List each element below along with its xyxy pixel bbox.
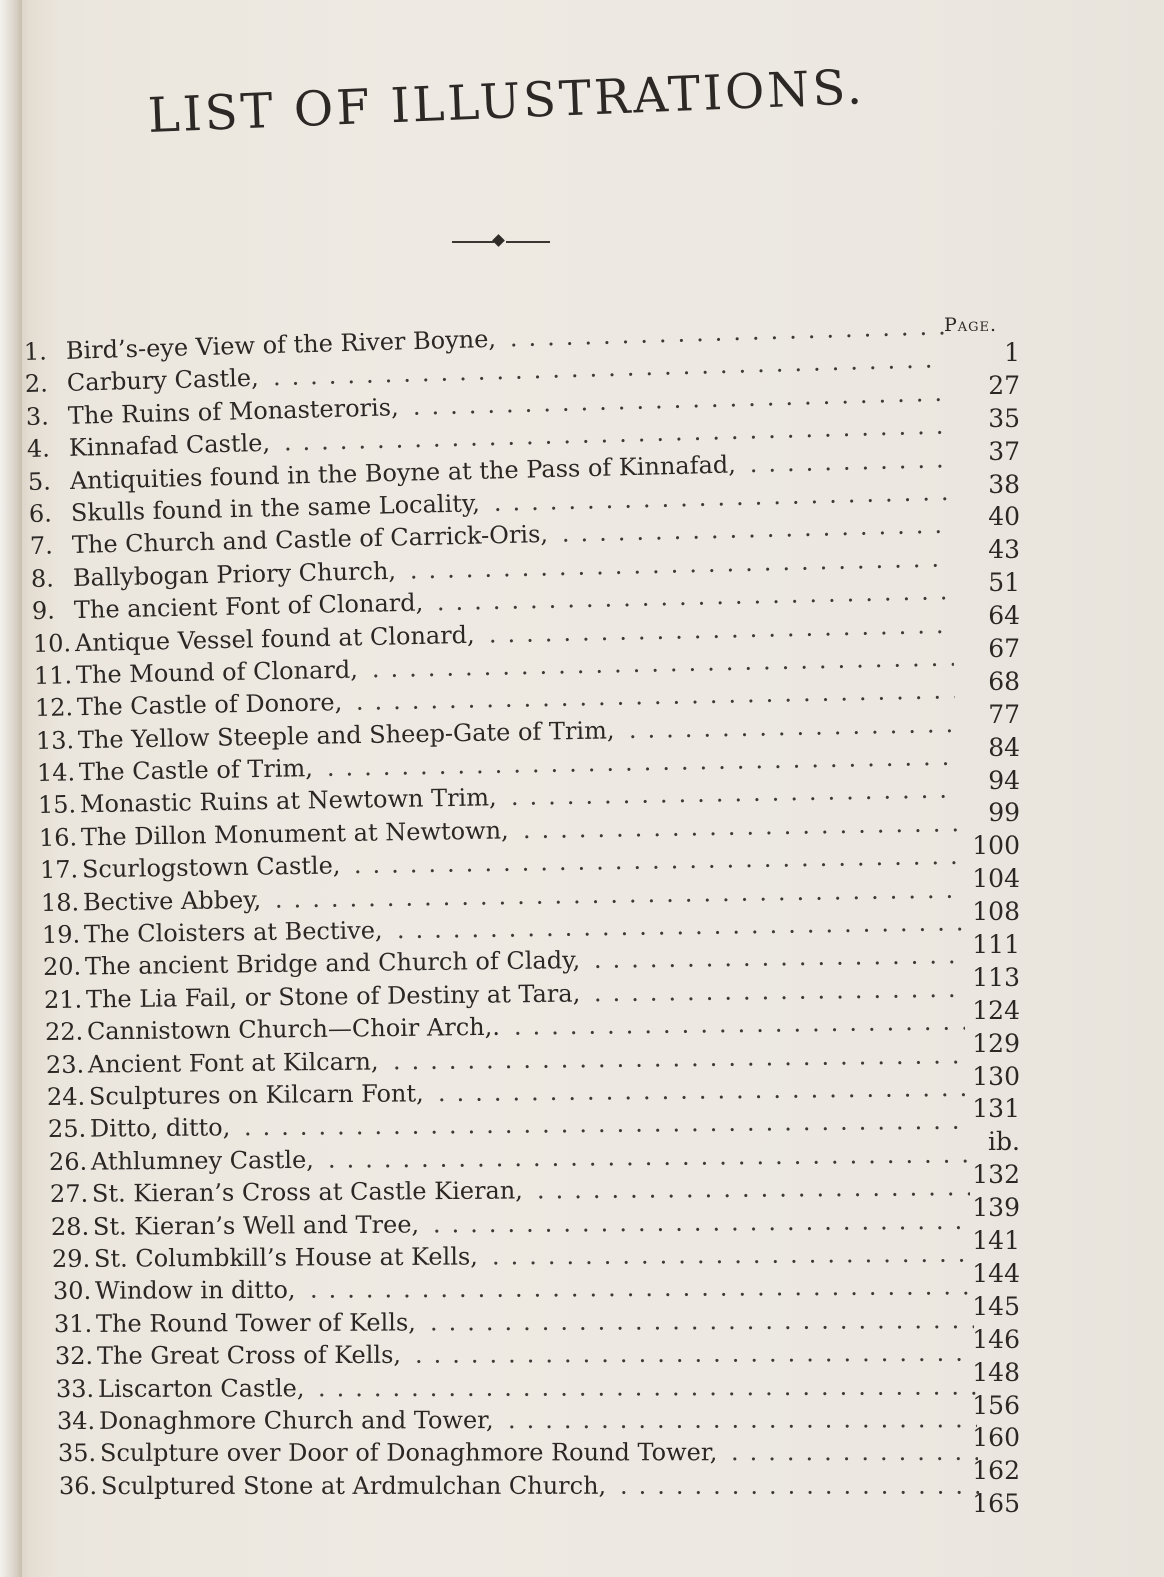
item-number: 9. <box>32 597 56 625</box>
item-number: 16. <box>39 823 78 852</box>
item-label: The ancient Font of Clonard, <box>74 589 424 625</box>
page-number: 38 <box>930 470 1020 503</box>
item-number: 7. <box>30 532 54 561</box>
list-item: 32.The Great Cross of Kells,............… <box>55 1339 1024 1375</box>
list-item: 29.St. Columbkill’s House at Kells,.....… <box>52 1239 1024 1277</box>
page-number: 37 <box>930 437 1020 470</box>
list-item: 31.The Round Tower of Kells,............… <box>54 1305 1024 1342</box>
page-number: 113 <box>930 963 1020 996</box>
item-label: Bective Abbey, <box>83 885 262 916</box>
item-label: Donaghmore Church and Tower, <box>99 1406 494 1435</box>
item-label: The Cloisters at Bective, <box>84 916 383 948</box>
list-item: 33.Liscarton Castle,....................… <box>56 1372 1024 1407</box>
dot-leader: ........................................… <box>492 1239 972 1270</box>
item-number: 26. <box>49 1147 87 1175</box>
dot-leader: ........................................… <box>514 1008 965 1041</box>
item-number: 33. <box>56 1374 94 1402</box>
diamond-ornament-icon <box>492 234 505 247</box>
dot-leader: ........................................… <box>415 1339 975 1369</box>
page-number: 144 <box>930 1259 1020 1292</box>
page-number: 162 <box>930 1456 1020 1489</box>
page-number: 40 <box>930 502 1020 535</box>
item-label: Athlumney Castle, <box>91 1146 314 1176</box>
page-number: 43 <box>930 535 1020 568</box>
item-label: St. Columbkill’s House at Kells, <box>94 1242 478 1272</box>
page-number: 124 <box>930 996 1020 1029</box>
page-number: 148 <box>930 1358 1020 1391</box>
dot-leader: ........................................… <box>537 1173 970 1204</box>
dot-leader: ........................................… <box>318 1372 976 1402</box>
item-label: Carbury Castle, <box>67 364 259 397</box>
item-label: Monastic Ruins at Newtown Trim, <box>80 784 497 819</box>
item-number: 23. <box>46 1050 84 1078</box>
list-item: 35.Sculpture over Door of Donaghmore Rou… <box>58 1438 1024 1472</box>
page-number: 94 <box>930 766 1020 799</box>
page-number: 130 <box>930 1062 1020 1095</box>
page-number: 51 <box>930 568 1020 601</box>
item-number: 6. <box>29 499 53 528</box>
item-number: 31. <box>54 1310 92 1338</box>
dot-leader: ........................................… <box>511 776 958 812</box>
dot-leader: ........................................… <box>433 1206 971 1238</box>
item-label: The Mound of Clonard, <box>76 655 358 689</box>
page-number: 108 <box>930 897 1020 930</box>
page-number: 146 <box>930 1325 1020 1358</box>
item-number: 3. <box>26 402 50 431</box>
item-number: 36. <box>59 1472 97 1500</box>
dot-leader: ........................................… <box>393 1041 966 1075</box>
page-number: 100 <box>930 831 1020 864</box>
item-number: 11. <box>34 661 73 690</box>
item-label: Ditto, ditto, <box>90 1114 231 1143</box>
item-number: 32. <box>55 1342 93 1370</box>
page-number: 67 <box>930 634 1020 667</box>
item-label: Sculpture over Door of Donaghmore Round … <box>100 1438 717 1467</box>
ornament-divider <box>452 236 550 248</box>
item-number: 35. <box>58 1439 96 1467</box>
page-number: ib. <box>930 1127 1020 1160</box>
page-number: 84 <box>930 733 1020 766</box>
page-number: 165 <box>930 1489 1020 1522</box>
item-number: 15. <box>38 791 77 820</box>
dot-leader: ........................................… <box>594 941 963 974</box>
item-number: 29. <box>52 1245 90 1273</box>
item-number: 25. <box>48 1115 86 1143</box>
item-number: 18. <box>41 888 80 917</box>
page-number: 77 <box>930 700 1020 733</box>
item-number: 30. <box>53 1277 91 1305</box>
item-label: St. Kieran’s Well and Tree, <box>93 1210 419 1240</box>
item-number: 22. <box>45 1018 83 1046</box>
dot-leader: ........................................… <box>310 1273 973 1304</box>
item-number: 12. <box>35 694 74 723</box>
item-label: Liscarton Castle, <box>98 1374 305 1403</box>
dot-leader: ........................................… <box>749 445 948 478</box>
item-label: The Lia Fail, or Stone of Destiny at Tar… <box>86 979 581 1013</box>
dot-leader: ........................................… <box>594 975 964 1008</box>
list-item: 30.Window in ditto,.....................… <box>53 1272 1024 1309</box>
item-number: 34. <box>57 1407 95 1435</box>
page-number: 156 <box>930 1391 1020 1424</box>
item-label: Cannistown Church—Choir Arch,. <box>87 1013 500 1046</box>
item-label: The ancient Bridge and Church of Clady, <box>85 946 580 980</box>
item-label: St. Kieran’s Cross at Castle Kieran, <box>92 1177 523 1208</box>
item-label: Scurlogstown Castle, <box>82 852 341 884</box>
item-number: 17. <box>40 856 79 885</box>
page-number: 141 <box>930 1226 1020 1259</box>
dot-leader: ........................................… <box>244 1107 968 1142</box>
item-label: The Dillon Monument at Newtown, <box>81 816 509 851</box>
list-item: 36.Sculptured Stone at Ardmulchan Church… <box>59 1471 1024 1504</box>
page-number: 139 <box>930 1193 1020 1226</box>
list-item: 34.Donaghmore Church and Tower,.........… <box>57 1405 1024 1439</box>
page-numbers-column: 1273537384043516467687784949910010410811… <box>930 338 1020 1522</box>
item-number: 27. <box>50 1180 88 1208</box>
item-number: 13. <box>36 726 75 755</box>
item-label: The Round Tower of Kells, <box>96 1308 416 1337</box>
page-number: 129 <box>930 1029 1020 1062</box>
item-label: Window in ditto, <box>95 1276 296 1305</box>
dot-leader: ........................................… <box>438 1074 967 1107</box>
item-number: 2. <box>25 370 49 399</box>
illustrations-list: 1.Bird’s-eye View of the River Boyne,...… <box>24 338 1024 1504</box>
dot-leader: ........................................… <box>508 1405 977 1434</box>
item-number: 1. <box>24 337 48 366</box>
dot-leader: ........................................… <box>629 710 956 744</box>
page-number: 27 <box>930 371 1020 404</box>
page-number: 35 <box>930 404 1020 437</box>
page-number: 64 <box>930 601 1020 634</box>
page-number: 160 <box>930 1423 1020 1456</box>
item-number: 19. <box>42 921 81 950</box>
item-number: 8. <box>31 564 55 593</box>
item-label: The Castle of Trim, <box>79 754 313 786</box>
page-number: 68 <box>930 667 1020 700</box>
page-title: LIST OF ILLUSTRATIONS. <box>147 59 866 144</box>
item-label: Kinnafad Castle, <box>69 429 271 462</box>
dot-leader: ........................................… <box>620 1471 979 1499</box>
item-label: The Castle of Donore, <box>77 688 343 721</box>
page-number: 104 <box>930 864 1020 897</box>
item-number: 28. <box>51 1212 89 1240</box>
page-number: 99 <box>930 798 1020 831</box>
page-number: 145 <box>930 1292 1020 1325</box>
page-number: 132 <box>930 1160 1020 1193</box>
item-number: 24. <box>47 1083 85 1111</box>
item-number: 4. <box>27 435 51 464</box>
item-number: 5. <box>28 467 52 496</box>
page-number: 111 <box>930 930 1020 963</box>
page-number: 131 <box>930 1094 1020 1127</box>
page-number: 1 <box>930 338 1020 371</box>
item-label: Sculptures on Kilcarn Font, <box>89 1079 424 1110</box>
book-page-edge <box>0 0 22 1577</box>
item-number: 20. <box>43 953 82 981</box>
item-number: 10. <box>33 629 72 658</box>
dot-leader: ........................................… <box>328 1140 969 1173</box>
item-label: Ancient Font at Kilcarn, <box>88 1047 379 1078</box>
item-number: 14. <box>37 758 76 787</box>
item-label: Sculptured Stone at Ardmulchan Church, <box>101 1471 606 1499</box>
item-number: 21. <box>44 985 83 1013</box>
dot-leader: ........................................… <box>523 809 959 844</box>
dot-leader: ........................................… <box>430 1306 974 1336</box>
item-label: The Great Cross of Kells, <box>97 1341 401 1370</box>
